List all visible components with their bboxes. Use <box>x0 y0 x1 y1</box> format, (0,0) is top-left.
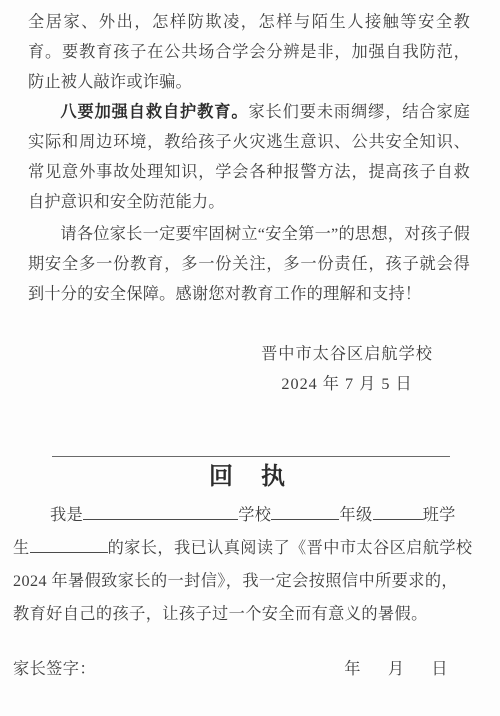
receipt-line-4: 教育好自己的孩子，让孩子过一个安全而有意义的暑假。 <box>13 598 483 631</box>
paragraph-lead-bold: 八要加强自救自护教育。 <box>60 103 248 121</box>
blank-student-name-field <box>30 535 108 553</box>
receipt-line-3: 2024 年暑假致家长的一封信》，我一定会按照信中所要求的， <box>13 565 483 598</box>
signature-lines: 晋中市太谷区启航学校 2024 年 7 月 5 日 <box>261 339 433 399</box>
parent-signature-label: 家长签字： <box>13 653 96 686</box>
receipt-section: 回 执 我是学校年级班学 生的家长，我已认真阅读了《晋中市太谷区启航学校 202… <box>13 460 483 686</box>
cut-line-divider <box>52 456 450 457</box>
receipt-text-i-am: 我是 <box>50 506 83 524</box>
receipt-text-parent-of: 的家长，我已认真阅读了《晋中市太谷区启航学校 <box>108 539 473 557</box>
date-year-label: 年 <box>344 653 361 686</box>
date-fill-in-group: 年 月 日 <box>344 653 483 686</box>
signature-row: 家长签字： 年 月 日 <box>13 653 483 686</box>
letter-body: 全居家、外出，怎样防欺凌，怎样与陌生人接触等安全教育。要教育孩子在公共场合学会分… <box>0 0 500 399</box>
receipt-text-class: 班学 <box>423 506 456 524</box>
date-month-label: 月 <box>388 653 405 686</box>
receipt-text-grade: 年级 <box>339 506 372 524</box>
receipt-line-1: 我是学校年级班学 <box>13 499 483 532</box>
receipt-text-school: 学校 <box>238 506 271 524</box>
letter-continuation-paragraph: 全居家、外出，怎样防欺凌，怎样与陌生人接触等安全教育。要教育孩子在公共场合学会分… <box>28 7 470 97</box>
receipt-title: 回 执 <box>13 460 483 494</box>
receipt-line-2: 生的家长，我已认真阅读了《晋中市太谷区启航学校 <box>13 532 483 565</box>
receipt-text-student: 生 <box>13 539 30 557</box>
date-day-label: 日 <box>431 653 448 686</box>
safety-education-paragraph: 八要加强自救自护教育。家长们要未雨绸缪，结合家庭实际和周边环境，教给孩子火灾逃生… <box>28 97 470 217</box>
blank-grade-field <box>271 502 339 520</box>
blank-school-name-field <box>83 502 238 520</box>
school-signature: 晋中市太谷区启航学校 <box>261 339 433 369</box>
closing-paragraph: 请各位家长一定要牢固树立“安全第一”的思想，对孩子假期安全多一份教育，多一份关注… <box>28 219 470 309</box>
signature-block: 晋中市太谷区启航学校 2024 年 7 月 5 日 <box>28 339 470 399</box>
receipt-body: 我是学校年级班学 生的家长，我已认真阅读了《晋中市太谷区启航学校 2024 年暑… <box>13 499 483 631</box>
scanned-letter-page: 全居家、外出，怎样防欺凌，怎样与陌生人接触等安全教育。要教育孩子在公共场合学会分… <box>0 0 500 716</box>
signature-date: 2024 年 7 月 5 日 <box>261 369 433 399</box>
blank-class-field <box>373 502 423 520</box>
